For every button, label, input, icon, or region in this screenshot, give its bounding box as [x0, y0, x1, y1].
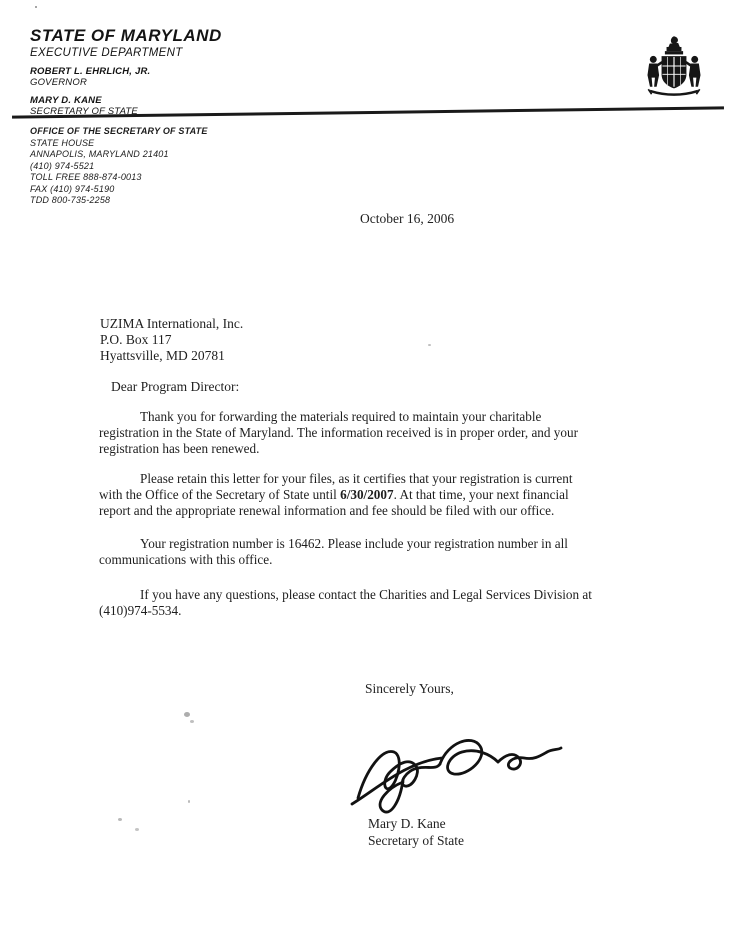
signer-name: Mary D. Kane — [368, 815, 464, 832]
governor-name: ROBERT L. EHRLICH, JR. — [30, 66, 222, 77]
governor-title: GOVERNOR — [30, 77, 222, 88]
scan-artifact — [190, 720, 194, 723]
office-address-block: OFFICE OF THE SECRETARY OF STATE STATE H… — [30, 126, 208, 207]
letterhead-department: EXECUTIVE DEPARTMENT — [30, 47, 222, 59]
letter-date: October 16, 2006 — [360, 211, 454, 227]
signature-icon — [348, 730, 573, 825]
office-line: ANNAPOLIS, MARYLAND 21401 — [30, 149, 208, 161]
body-paragraph-2: Please retain this letter for your files… — [99, 471, 596, 518]
office-line: TOLL FREE 888-874-0013 — [30, 172, 208, 184]
scan-artifact — [428, 344, 431, 346]
recipient-address: UZIMA International, Inc. P.O. Box 117 H… — [100, 316, 243, 364]
office-line: (410) 974-5521 — [30, 161, 208, 173]
recipient-line: Hyattsville, MD 20781 — [100, 348, 243, 364]
scan-artifact — [184, 712, 190, 717]
recipient-line: P.O. Box 117 — [100, 332, 243, 348]
scan-artifact — [35, 6, 37, 8]
recipient-line: UZIMA International, Inc. — [100, 316, 243, 332]
body-paragraph-1: Thank you for forwarding the materials r… — [99, 409, 596, 456]
scan-artifact — [188, 800, 190, 803]
letterhead: STATE OF MARYLAND EXECUTIVE DEPARTMENT R… — [30, 26, 222, 117]
scan-artifact — [135, 828, 139, 831]
office-line: TDD 800-735-2258 — [30, 195, 208, 207]
secretary-name: MARY D. KANE — [30, 95, 222, 106]
maryland-seal-icon — [645, 36, 703, 106]
signature-block: Mary D. Kane Secretary of State — [368, 815, 464, 849]
closing: Sincerely Yours, — [365, 681, 454, 697]
office-line: OFFICE OF THE SECRETARY OF STATE — [30, 126, 208, 138]
office-line: FAX (410) 974-5190 — [30, 184, 208, 196]
signer-title: Secretary of State — [368, 832, 464, 849]
letter-page: STATE OF MARYLAND EXECUTIVE DEPARTMENT R… — [0, 0, 734, 933]
scan-artifact — [118, 818, 122, 821]
body-paragraph-4: If you have any questions, please contac… — [99, 587, 596, 619]
letterhead-state: STATE OF MARYLAND — [30, 26, 222, 46]
renewal-deadline: 6/30/2007 — [340, 487, 393, 502]
body-paragraph-3: Your registration number is 16462. Pleas… — [99, 536, 596, 568]
office-line: STATE HOUSE — [30, 138, 208, 150]
salutation: Dear Program Director: — [111, 379, 239, 395]
